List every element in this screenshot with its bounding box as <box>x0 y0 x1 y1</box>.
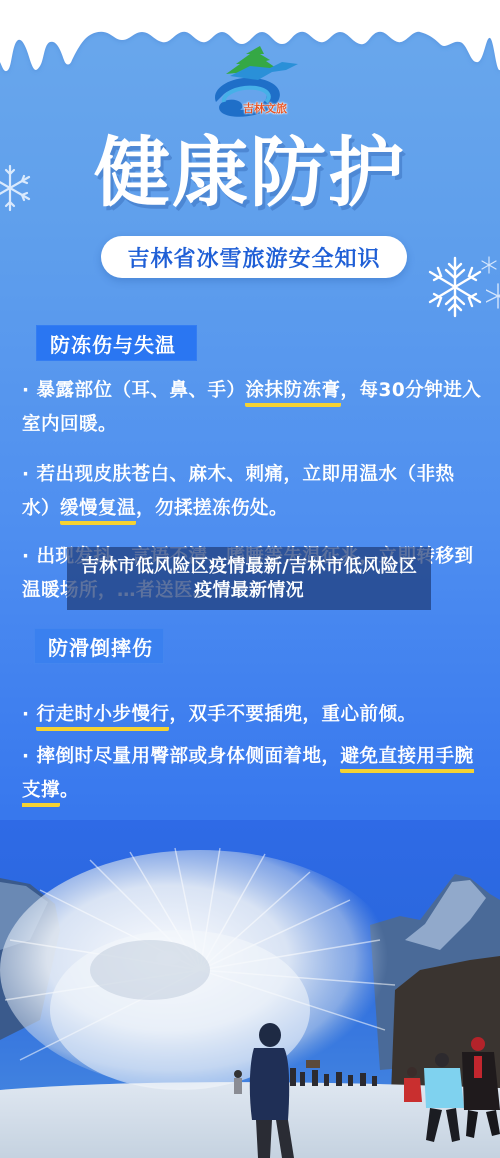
article-title-caption[interactable]: 吉林市低风险区疫情最新/吉林市低风险区疫情最新情况 <box>67 547 431 610</box>
snowflake-icon <box>486 282 500 310</box>
page-title: 健康防护 <box>0 128 500 218</box>
section-heading-frostbite: 防冻伤与失温 <box>36 325 197 361</box>
winter-scene-photo <box>0 820 500 1158</box>
subtitle-text: 吉林省冰雪旅游安全知识 <box>127 242 380 273</box>
snowflake-icon <box>424 256 486 318</box>
section-heading-slip-fall: 防滑倒摔伤 <box>34 628 164 664</box>
tip-item: · 摔倒时尽量用臀部或身体侧面着地，避免直接用手腕支撑。 <box>22 740 482 808</box>
tip-item: · 行走时小步慢行，双手不要插兜，重心前倾。 <box>22 698 482 732</box>
highlighted-text: 涂抹防冻膏 <box>245 380 340 407</box>
highlighted-text: 行走时小步慢行 <box>36 704 169 731</box>
subtitle-pill: 吉林省冰雪旅游安全知识 <box>101 236 407 278</box>
highlighted-text: 缓慢复温 <box>60 498 136 525</box>
brand-logo-text: 吉林文旅 <box>243 100 287 116</box>
tip-item: · 暴露部位（耳、鼻、手）涂抹防冻膏，每30分钟进入室内回暖。 <box>22 374 482 442</box>
snowflake-icon <box>480 256 498 274</box>
caption-text: 吉林市低风险区疫情最新/吉林市低风险区疫情最新情况 <box>75 555 423 603</box>
tip-item: · 若出现皮肤苍白、麻木、刺痛，立即用温水（非热水）缓慢复温，勿揉搓冻伤处。 <box>22 458 482 526</box>
